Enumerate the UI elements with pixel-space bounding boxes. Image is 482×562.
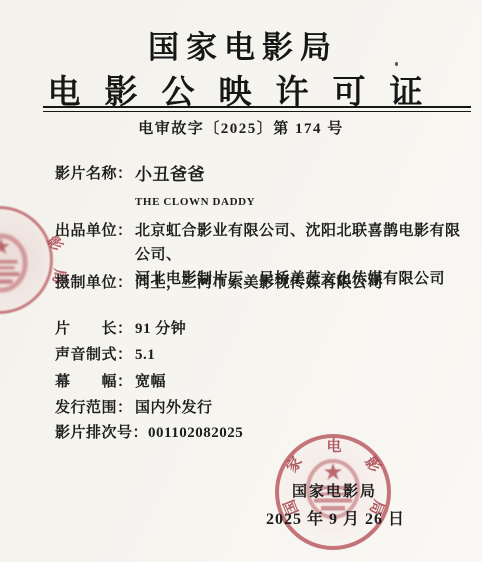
issue-date: 2025 年 9 月 26 日: [266, 506, 405, 529]
field-row-distribution-scope: 发行范围：国内外发行: [55, 399, 213, 418]
field-row-sound-format: 声音制式：5.1: [55, 346, 155, 365]
permit-number: 电审故字〔2025〕第 174 号: [0, 117, 482, 138]
field-value: 小丑爸爸: [135, 165, 205, 184]
agency-title: 国家电影局: [4, 22, 482, 67]
field-label: 幕 幅：: [55, 373, 135, 392]
field-row-filming-unit: 摄制单位：同上，三河市索美影视传媒有限公司: [55, 274, 383, 293]
field-value: 宽幅: [135, 374, 166, 390]
issuer-name: 国家电影局: [292, 480, 377, 501]
national-emblem-icon: [0, 231, 30, 293]
field-value: 国内外发行: [135, 400, 213, 416]
permit-document: 国家电影局 电影公映许可证 电审故字〔2025〕第 174 号 影片名称：小丑爸…: [0, 0, 482, 562]
film-title-english: THE CLOWN DADDY: [135, 193, 255, 212]
seal-arc-char: 电: [326, 439, 342, 455]
field-row-screen-format: 幕 幅：宽幅: [55, 373, 166, 392]
field-label: 声音制式：: [55, 346, 135, 365]
field-label: 影片名称：: [55, 165, 135, 184]
field-row-release-serial-number: 影片排次号：001102082025: [55, 424, 243, 443]
field-label: 出品单位：: [55, 219, 135, 243]
field-value: 同上，三河市索美影视传媒有限公司: [135, 275, 383, 291]
field-label: 片 长：: [55, 320, 135, 339]
field-value: 5.1: [135, 347, 155, 363]
field-label: 发行范围：: [55, 399, 135, 418]
field-row-runtime: 片 长：91 分钟: [55, 320, 186, 339]
field-label: 摄制单位：: [55, 274, 135, 293]
production-line-1: 北京虹合影业有限公司、沈阳北联喜鹊电影有限公司、: [135, 219, 465, 267]
field-row-film-title: 影片名称：小丑爸爸 THE CLOWN DADDY: [55, 165, 255, 212]
field-value: 001102082025: [148, 425, 243, 441]
title-underline: [43, 106, 471, 112]
paper-speck: [395, 62, 398, 66]
field-label: 影片排次号：: [55, 424, 148, 443]
field-value: 91 分钟: [135, 321, 186, 337]
